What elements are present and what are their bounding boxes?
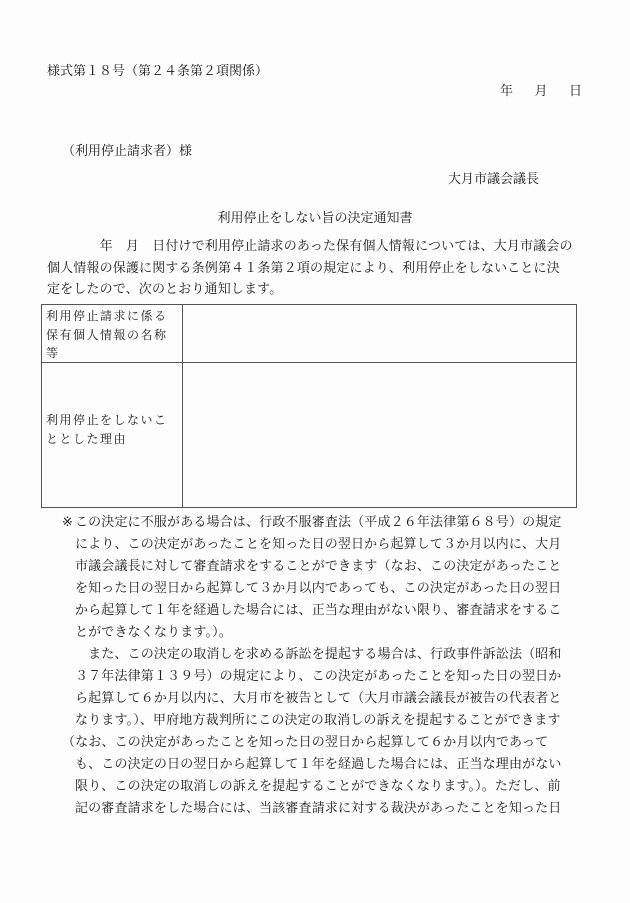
note-line: ３７年法律第１３９号）の規定により、この決定があったことを知った日の翌日か: [62, 666, 587, 688]
note-line: 記の審査請求をした場合には、当該審査請求に対する裁決があったことを知った日: [62, 798, 587, 820]
note-line: 市議会議長に対して審査請求をすることができます（なお、この決定があったこと: [62, 556, 587, 578]
notes-section: ※この決定に不服がある場合は、行政不服審査法（平成２６年法律第６８号）の規定 に…: [62, 512, 587, 820]
note-line: ら起算して６か月以内に、大月市を被告として（大月市議会議長が被告の代表者と: [62, 688, 587, 710]
table-label: 利用停止をしないこ ととした理由: [42, 363, 183, 508]
table-row-information-name: 利用停止請求に係る 保有個人情報の名称 等: [42, 305, 576, 363]
note-line: を知った日の翌日から起算して３か月以内であっても、この決定があった日の翌日: [62, 578, 587, 600]
sender: 大月市議会議長: [448, 172, 539, 188]
note-line: （なお、この決定があったことを知った日の翌日から起算して６か月以内であって: [62, 732, 587, 754]
body-line: 個人情報の保護に関する条例第４１条第２項の規定により、利用停止をしないことに決: [47, 258, 582, 280]
table-row-reason: 利用停止をしないこ ととした理由: [42, 363, 576, 508]
body-paragraph: 年 月 日付けで利用停止請求のあった保有個人情報については、大月市議会の 個人情…: [47, 236, 582, 301]
table-value-information-name[interactable]: [183, 305, 576, 362]
body-line: 定をしたので、次のとおり通知します。: [47, 279, 582, 301]
note-line: から起算して１年を経過した場合には、正当な理由がない限り、審査請求をするこ: [62, 600, 587, 622]
note-line: も、この決定の日の翌日から起算して１年を経過した場合には、正当な理由がない: [62, 754, 587, 776]
note-line: また、この決定の取消しを求める訴訟を提起する場合は、行政事件訴訟法（昭和: [62, 644, 587, 666]
reference-mark-icon: ※: [62, 512, 75, 534]
note-line: なります。）、甲府地方裁判所にこの決定の取消しの訴えを提起することができます: [62, 710, 587, 732]
note-line: により、この決定があったことを知った日の翌日から起算して３か月以内に、大月: [62, 534, 587, 556]
note-line: 限り、この決定の取消しの訴えを提起することができなくなります。）。ただし、前: [62, 776, 587, 798]
table-value-reason[interactable]: [183, 363, 576, 508]
note-line: ※この決定に不服がある場合は、行政不服審査法（平成２６年法律第６８号）の規定: [62, 512, 587, 534]
document-title: 利用停止をしない旨の決定通知書: [0, 211, 630, 227]
table-label: 利用停止請求に係る 保有個人情報の名称 等: [42, 305, 183, 362]
date-month-label: 月: [534, 84, 547, 100]
addressee: （利用停止請求者）様: [62, 144, 192, 160]
note-line: とができなくなります。）。: [62, 622, 587, 644]
date-line: 年 月 日: [500, 84, 582, 100]
form-number: 様式第１８号（第２４条第２項関係）: [47, 64, 268, 80]
date-day-label: 日: [569, 84, 582, 100]
info-table: 利用停止請求に係る 保有個人情報の名称 等 利用停止をしないこ ととした理由: [41, 304, 577, 508]
date-year-label: 年: [500, 84, 513, 100]
body-line: 年 月 日付けで利用停止請求のあった保有個人情報については、大月市議会の: [47, 236, 582, 258]
